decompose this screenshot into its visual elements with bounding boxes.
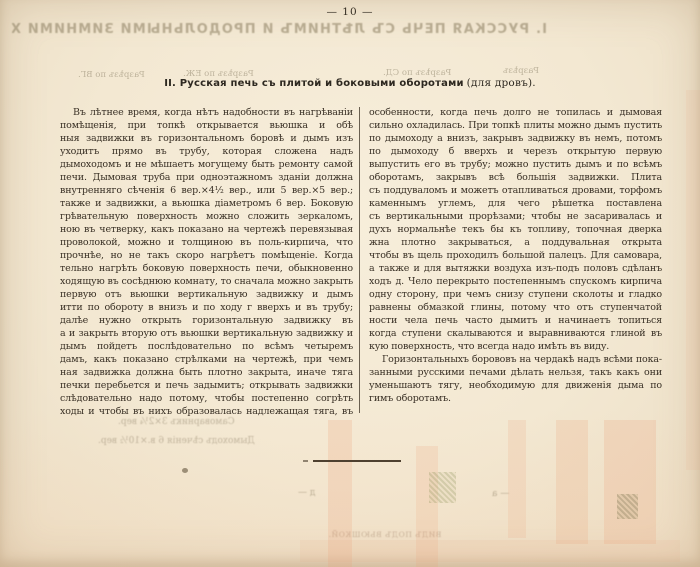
text-line: тельно нагрѣть боковую поверхность печи,…: [60, 262, 353, 275]
chapter-title-suffix: (для дровъ).: [467, 77, 536, 89]
bleedthrough-figure-shape: [508, 420, 526, 538]
chapter-title-main: II. Русская печь съ плитой и боковыми об…: [164, 78, 463, 89]
text-line: печки перебьется и печь задымитъ; открыв…: [60, 379, 353, 392]
bleedthrough-text: Дымоходъ сѣченія 6 в.×10½ вер.: [98, 436, 255, 446]
text-line: оборотамъ, закрывъ всѣ большія задвижки.…: [369, 171, 662, 184]
bleedthrough-figure-shape: [686, 90, 700, 470]
bleedthrough-figure-shape: [604, 420, 656, 544]
text-line: ною въ четверку, какъ показано на чертеж…: [60, 223, 353, 236]
bleedthrough-figure-label: д —: [298, 488, 315, 498]
text-line: занными русскими печами дѣлать нельзя, т…: [369, 366, 662, 379]
footer-rule-tick: [303, 460, 308, 462]
text-line: ныя задвижки въ горизонтальномъ боровѣ и…: [60, 132, 353, 145]
bleedthrough-header-text: І. РУССКАЯ ПЕЧЬ СЪ ЛѢТНИМЪ И ПРОДОЛЬНЫМИ…: [12, 22, 547, 37]
text-line: кую поверхность, что всегда надо имѣть в…: [369, 340, 662, 353]
text-line: а также и для вытяжки воздуха изъ-подъ п…: [369, 262, 662, 275]
bleedthrough-figure-shape: [328, 420, 352, 567]
left-text-column: Въ лѣтнее время, когда нѣтъ надобности в…: [60, 106, 353, 418]
text-line: уходитъ прямо въ трубу, которая сложена …: [60, 145, 353, 158]
text-line: ходы и чтобы въ нихъ образовалась надлеж…: [60, 405, 353, 418]
bleedthrough-figure-shape: [429, 472, 456, 503]
right-text-column: особенности, когда печь долго не топилас…: [369, 106, 662, 405]
chapter-title: II. Русская печь съ плитой и боковыми об…: [0, 77, 700, 89]
bleedthrough-figure-shape: [300, 540, 680, 562]
column-divider-rule: [359, 107, 360, 413]
text-line: дымоходомъ и не мѣшаетъ могущему быть ре…: [60, 158, 353, 171]
text-line: сильно охладилась. При топкѣ плиты можно…: [369, 119, 662, 132]
text-line: особенности, когда печь долго не топилас…: [369, 106, 662, 119]
text-line: гимъ оборотамъ.: [369, 392, 662, 405]
text-line: печи. Дымовая труба при одноэтажномъ зда…: [60, 171, 353, 184]
text-line: когда ступени скалываются и выравниваютс…: [369, 327, 662, 340]
text-line: слѣдовательно надо потому, чтобы постепе…: [60, 392, 353, 405]
text-line: духъ нормальнѣе текъ бы къ топливу, топо…: [369, 223, 662, 236]
bleedthrough-text: Самоварникъ 3×2¼ вер.: [118, 417, 235, 427]
bleedthrough-figure-shape: [416, 446, 438, 567]
page-number: — 10 —: [0, 6, 700, 18]
text-line: ходящую въ сосѣднюю комнату, то сначала …: [60, 275, 353, 288]
text-line: по дымоходу б вверхъ и черезъ открытую п…: [369, 145, 662, 158]
text-line: ная задвижка должна быть плотно закрыта,…: [60, 366, 353, 379]
bleedthrough-figure-shape: [617, 494, 638, 519]
text-line: ности чела печь часто дымитъ и начинаетъ…: [369, 314, 662, 327]
ink-speck: [182, 468, 188, 473]
text-line: съ вертикальными прорѣзами; чтобы не зас…: [369, 210, 662, 223]
book-page: І. РУССКАЯ ПЕЧЬ СЪ ЛѢТНИМЪ И ПРОДОЛЬНЫМИ…: [0, 0, 700, 567]
text-line: жна плотно закрываться, а поддувальная о…: [369, 236, 662, 249]
text-line: чтобы въ щель проходилъ большой палецъ. …: [369, 249, 662, 262]
footer-rule: [313, 460, 401, 462]
text-line: уменьшаютъ тягу, необходимую для движені…: [369, 379, 662, 392]
text-line: выпустить его въ трубу; можно пустить ды…: [369, 158, 662, 171]
text-line: равнены обмазкой глины, потому что отъ с…: [369, 301, 662, 314]
text-line: ходъ д. Чело перекрыто постепеннымъ спус…: [369, 275, 662, 288]
text-line: проволокой, можно и толщиною въ поль-кир…: [60, 236, 353, 249]
bleedthrough-figure-label: — а: [492, 489, 509, 499]
text-line: помѣщенія, при топкѣ открывается вьюшка …: [60, 119, 353, 132]
text-line: прочнѣе, но не такъ скоро нагрѣетъ помѣщ…: [60, 249, 353, 262]
text-line: Въ лѣтнее время, когда нѣтъ надобности в…: [60, 106, 353, 119]
text-line: съ поддуваломъ и можетъ отапливаться дро…: [369, 184, 662, 197]
text-line: по дымоходу а внизъ, закрывъ задвижку въ…: [369, 132, 662, 145]
text-line: внутренняго сѣченія 6 вер.×4½ вер., или …: [60, 184, 353, 197]
text-line: а и закрыть вторую отъ вьюшки вертикальн…: [60, 327, 353, 340]
bleedthrough-text: ВИДЪ ПОДЪ ВЬЮШКОЙ.: [328, 530, 441, 539]
text-line: дымъ пойдетъ послѣдовательно по всѣмъ че…: [60, 340, 353, 353]
text-line: дамъ, какъ показано стрѣлками на чертежѣ…: [60, 353, 353, 366]
text-line: Горизонтальныхъ борововъ на чердакѣ надъ…: [369, 353, 662, 366]
text-line: одну сторону, при чемъ снизу ступени ско…: [369, 288, 662, 301]
bleedthrough-figure-shape: [556, 420, 588, 544]
text-line: каменнымъ углемъ, для чего рѣшетка поста…: [369, 197, 662, 210]
text-line: грѣвательную поверхность можно сложить з…: [60, 210, 353, 223]
text-line: первую отъ вьюшки вертикальную задвижку …: [60, 288, 353, 301]
text-line: далѣе нужно открыть горизонтальную задви…: [60, 314, 353, 327]
text-line: итти по обороту в внизъ и по ходу г ввер…: [60, 301, 353, 314]
bleedthrough-caption: Разрѣзъ: [503, 66, 539, 76]
text-line: также и задвижки, а вьюшка діаметромъ 6 …: [60, 197, 353, 210]
